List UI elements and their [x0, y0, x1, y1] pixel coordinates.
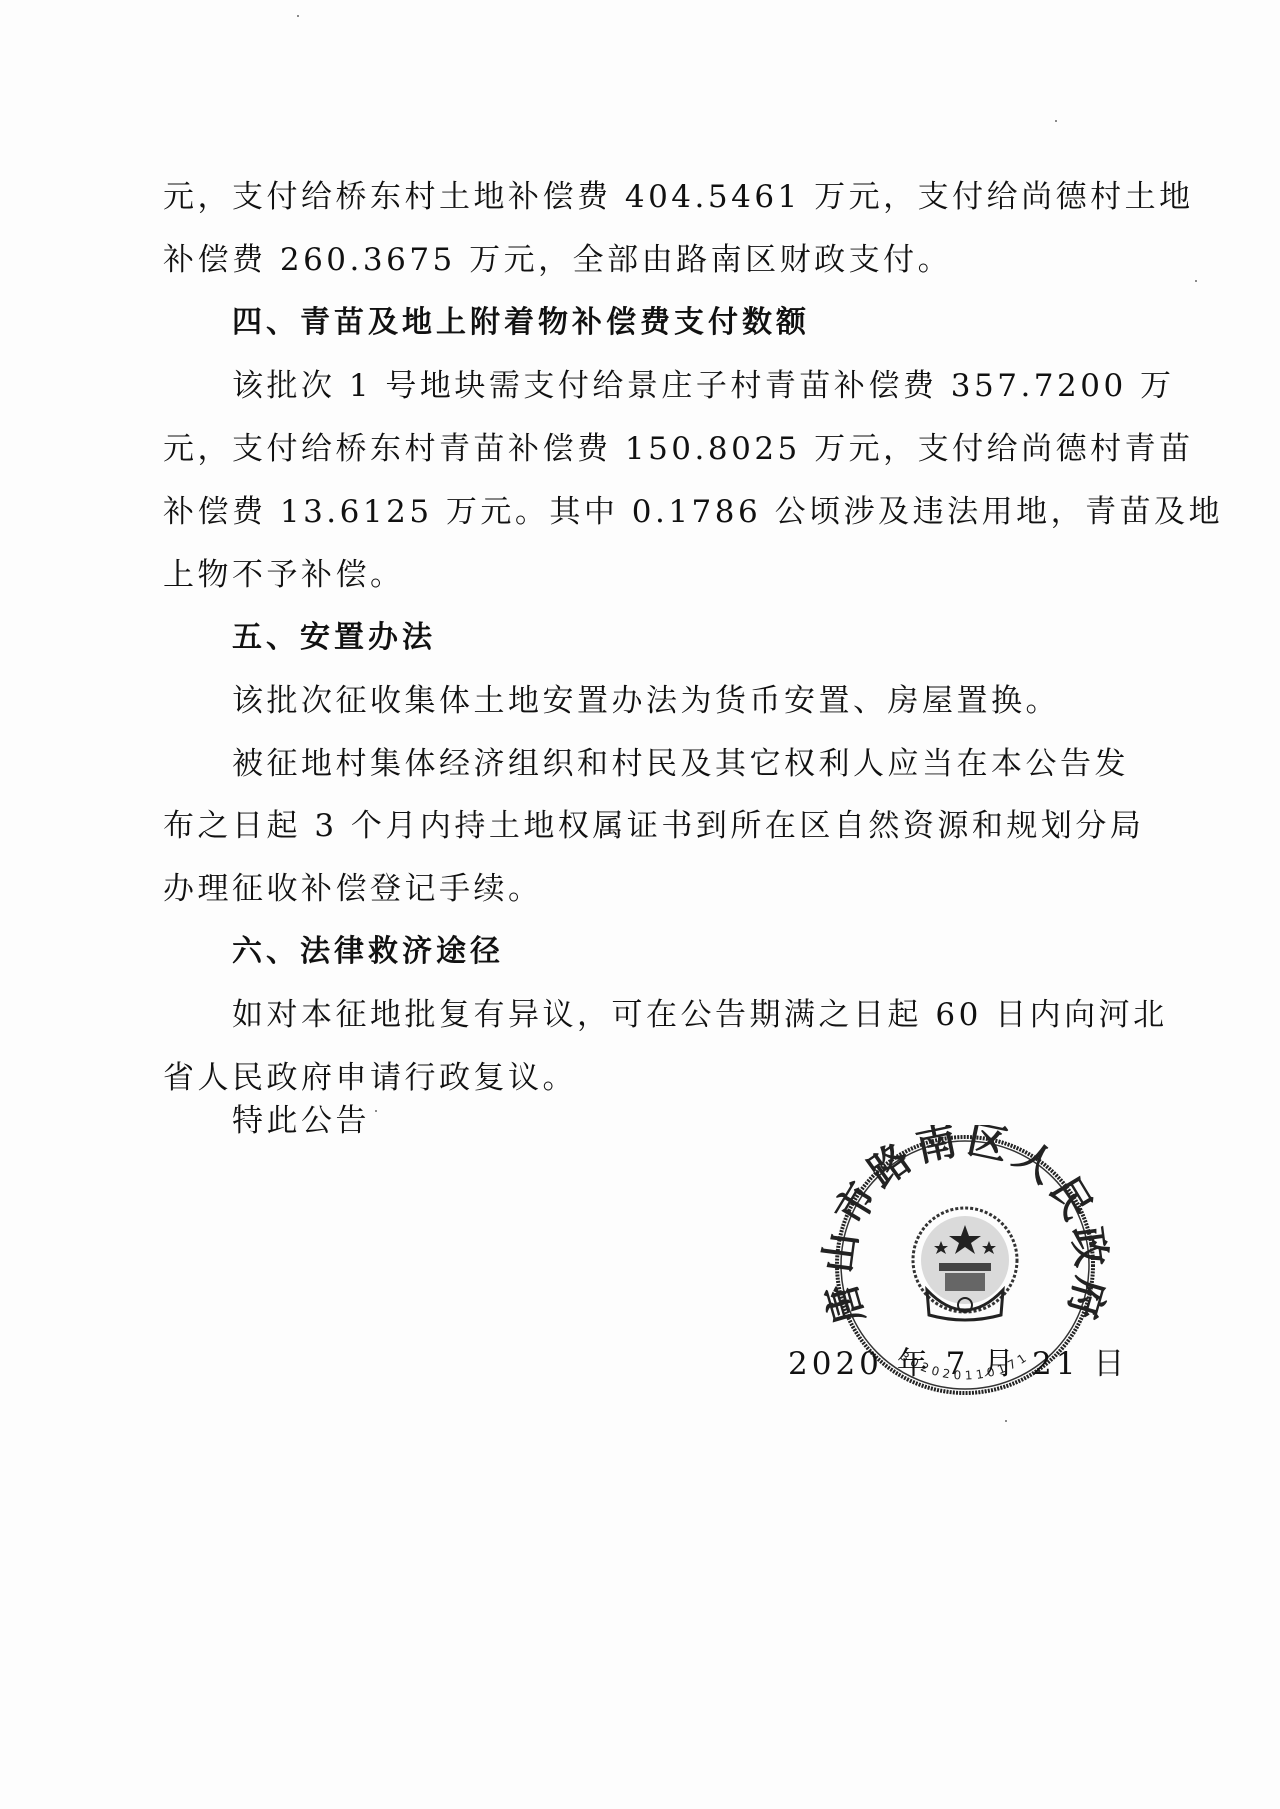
- scan-speck: [375, 1110, 377, 1112]
- section-heading-4: 四、青苗及地上附着物补偿费支付数额: [232, 303, 1207, 343]
- body-line: 该批次征收集体土地安置办法为货币安置、房屋置换。: [232, 681, 1207, 721]
- body-line: 补偿费 260.3675 万元，全部由路南区财政支付。: [163, 240, 1138, 280]
- body-line: 上物不予补偿。: [163, 555, 1138, 595]
- document-date: 2020 年 7 月 21 日: [788, 1338, 1128, 1383]
- body-line: 该批次 1 号地块需支付给景庄子村青苗补偿费 357.7200 万: [232, 366, 1207, 406]
- national-emblem-icon: [913, 1208, 1017, 1320]
- body-line: 补偿费 13.6125 万元。其中 0.1786 公顷涉及违法用地，青苗及地: [163, 492, 1138, 532]
- body-line: 元，支付给桥东村青苗补偿费 150.8025 万元，支付给尚德村青苗: [163, 429, 1138, 469]
- body-line: 被征地村集体经济组织和村民及其它权利人应当在本公告发: [232, 744, 1207, 784]
- section-heading-6: 六、法律救济途径: [232, 932, 1207, 972]
- document-page: 元，支付给桥东村土地补偿费 404.5461 万元，支付给尚德村土地 补偿费 2…: [0, 0, 1280, 1809]
- body-line: 省人民政府申请行政复议。: [163, 1058, 1138, 1098]
- body-line: 如对本征地批复有异议，可在公告期满之日起 60 日内向河北: [232, 995, 1207, 1035]
- body-line: 元，支付给桥东村土地补偿费 404.5461 万元，支付给尚德村土地: [163, 177, 1138, 217]
- body-line: 布之日起 3 个月内持土地权属证书到所在区自然资源和规划分局: [163, 806, 1138, 846]
- scan-speck: [1005, 1420, 1007, 1422]
- scan-speck: [1055, 120, 1057, 122]
- body-line: 办理征收补偿登记手续。: [163, 869, 1138, 909]
- scan-speck: [297, 15, 299, 17]
- scan-speck: [1195, 280, 1197, 282]
- section-heading-5: 五、安置办法: [232, 618, 1207, 658]
